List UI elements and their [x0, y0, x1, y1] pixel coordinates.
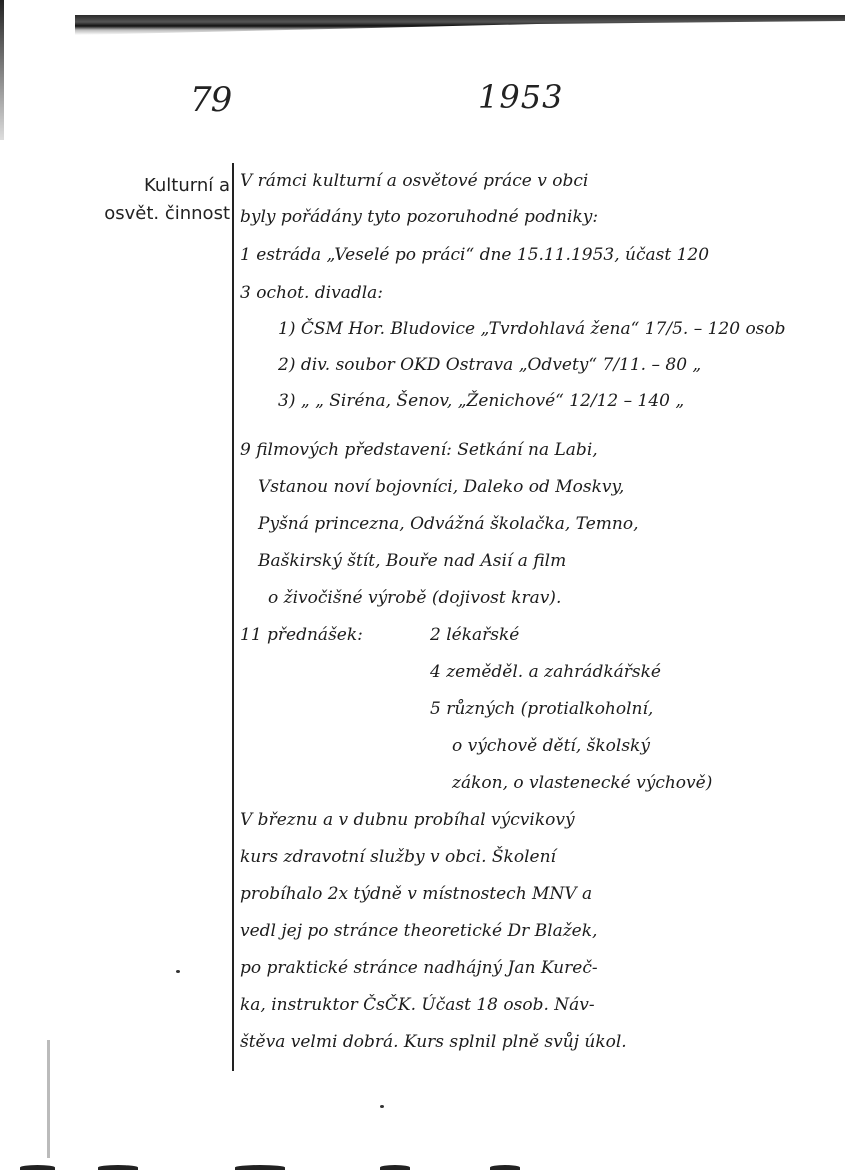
course-line: probíhalo 2x týdně v místnostech MNV a — [240, 884, 592, 904]
films-line: 9 filmových představení: Setkání na Labi… — [240, 440, 598, 460]
lecture-item: o výchově dětí, školský — [452, 736, 650, 756]
films-line: Vstanou noví bojovníci, Daleko od Moskvy… — [258, 477, 624, 497]
scan-top-border — [75, 15, 845, 35]
margin-heading-line: Kulturní a — [80, 172, 230, 200]
estrada-line: 1 estráda „Veselé po práci“ dne 15.11.19… — [240, 245, 709, 265]
lecture-item: 2 lékařské — [430, 625, 519, 645]
theatre-item: 3) „ „ Siréna, Šenov, „Ženichové“ 12/12 … — [278, 391, 684, 411]
course-line: kurs zdravotní služby v obci. Školení — [240, 847, 556, 867]
films-line: Pyšná princezna, Odvážná školačka, Temno… — [258, 514, 638, 534]
theatre-item: 1) ČSM Hor. Bludovice „Tvrdohlavá žena“ … — [278, 319, 786, 339]
page-number: 79 — [190, 80, 231, 120]
lectures-heading: 11 přednášek: — [240, 625, 363, 645]
ink-dot — [176, 970, 180, 973]
films-line: Baškirský štít, Bouře nad Asií a film — [258, 551, 566, 571]
ink-dot — [380, 1105, 384, 1108]
text-line: V rámci kulturní a osvětové práce v obci — [240, 171, 588, 191]
course-line: po praktické stránce nadhájný Jan Kureč- — [240, 958, 598, 978]
lecture-item: 4 zeměděl. a zahrádkářské — [430, 662, 661, 682]
theatre-heading: 3 ochot. divadla: — [240, 283, 383, 303]
margin-heading: Kulturní a osvět. činnost — [80, 172, 230, 228]
page-year: 1953 — [478, 78, 563, 116]
lecture-item: 5 různých (protialkoholní, — [430, 699, 653, 719]
course-line: štěva velmi dobrá. Kurs splnil plně svůj… — [240, 1032, 627, 1052]
course-line: vedl jej po stránce theoretické Dr Blaže… — [240, 921, 597, 941]
margin-rule — [232, 163, 234, 1071]
lecture-item: zákon, o vlastenecké výchově) — [452, 773, 712, 793]
text-line: byly pořádány tyto pozoruhodné podniky: — [240, 207, 598, 227]
binding-line — [47, 1040, 50, 1158]
films-line: o živočišné výrobě (dojivost krav). — [268, 588, 561, 608]
theatre-item: 2) div. soubor OKD Ostrava „Odvety“ 7/11… — [278, 355, 701, 375]
course-line: V březnu a v dubnu probíhal výcvikový — [240, 810, 575, 830]
scan-bottom-border — [0, 1165, 845, 1170]
course-line: ka, instruktor ČsČK. Účast 18 osob. Náv- — [240, 995, 595, 1015]
margin-heading-line: osvět. činnost — [80, 200, 230, 228]
scan-edge-shadow — [0, 0, 4, 140]
